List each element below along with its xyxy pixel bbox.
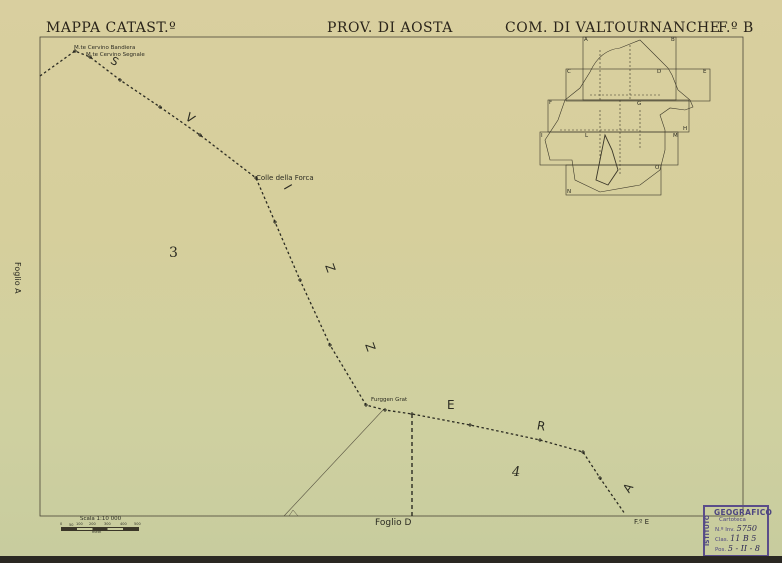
parcel-number-4: 4 [512,465,520,480]
map-frame [40,37,743,516]
inset-letter-a: A [584,37,588,43]
stamp-inv-label: N.º Inv. [715,527,735,533]
inset-letter-o: O [655,165,659,171]
stamp-pos-value: 5 - II - 8 [728,544,760,553]
inset-letter-f: F [549,100,552,106]
stamp-class-label: Clas. [715,537,728,543]
label-furggen-grat: Furggen Grat [371,397,407,403]
institute-stamp: ISTITUTO GEOGRAFICO Cartoteca N.º Inv. 5… [703,505,769,557]
inset-letter-l: L [585,133,588,139]
survey-line [284,410,383,516]
adjacent-sheet-bottom-right: F.º E [634,518,649,526]
scale-unit: metri [92,530,101,534]
map-sheet: MAPPA CATAST.º PROV. DI AOSTA COM. DI VA… [0,0,782,563]
map-graphics [0,0,782,563]
inset-letter-b: B [671,37,675,43]
scale-bar: Scala 1:10 000 0 50 100 200 300 400 500 … [58,516,158,536]
stamp-inv-value: 5750 [737,524,757,533]
stamp-class-row: Clas. 11 B 5 [715,534,756,543]
scale-tick-200: 200 [89,522,96,526]
parcel-number-3: 3 [169,245,178,261]
inset-letter-h: H [683,126,687,132]
boundary-crosses [40,51,625,514]
angle-mark [289,510,298,516]
adjacent-sheet-left: Foglio A [13,262,22,294]
stamp-header: GEOGRAFICO [714,508,772,517]
scan-edge [0,556,782,563]
inset-letter-i: I [541,133,543,139]
inset-letter-d: D [657,69,661,75]
inset-letter-e: E [703,69,706,75]
scale-tick-0: 0 [60,522,62,526]
adjacent-sheet-bottom: Foglio D [375,518,411,528]
inset-letter-m: M [673,133,678,139]
stamp-pos-label: Pos. [715,547,726,553]
inset-letter-n: N [567,189,571,195]
scale-tick-300: 300 [104,522,111,526]
inset-letter-c: C [567,69,571,75]
label-colle-della-forca: Colle della Forca [256,174,314,182]
stamp-side-text: ISTITUTO [704,515,711,546]
border-letter-e: E [447,398,455,412]
inset-letter-g: G [637,101,641,107]
scale-tick-500: 500 [134,522,141,526]
stamp-subheader: Cartoteca [719,517,746,523]
stamp-position-row: Pos. 5 - II - 8 [715,544,760,553]
stamp-inventory-row: N.º Inv. 5750 [715,524,757,533]
scale-tick-100: 100 [76,522,83,526]
scale-title: Scala 1:10 000 [80,516,121,522]
state-boundary-line [40,51,625,514]
inset-index-map [540,37,710,195]
label-cervino-bandiera: M.te Cervino Bandiera [74,45,135,51]
stamp-class-value: 11 B 5 [730,534,756,543]
scale-tick-400: 400 [120,522,127,526]
